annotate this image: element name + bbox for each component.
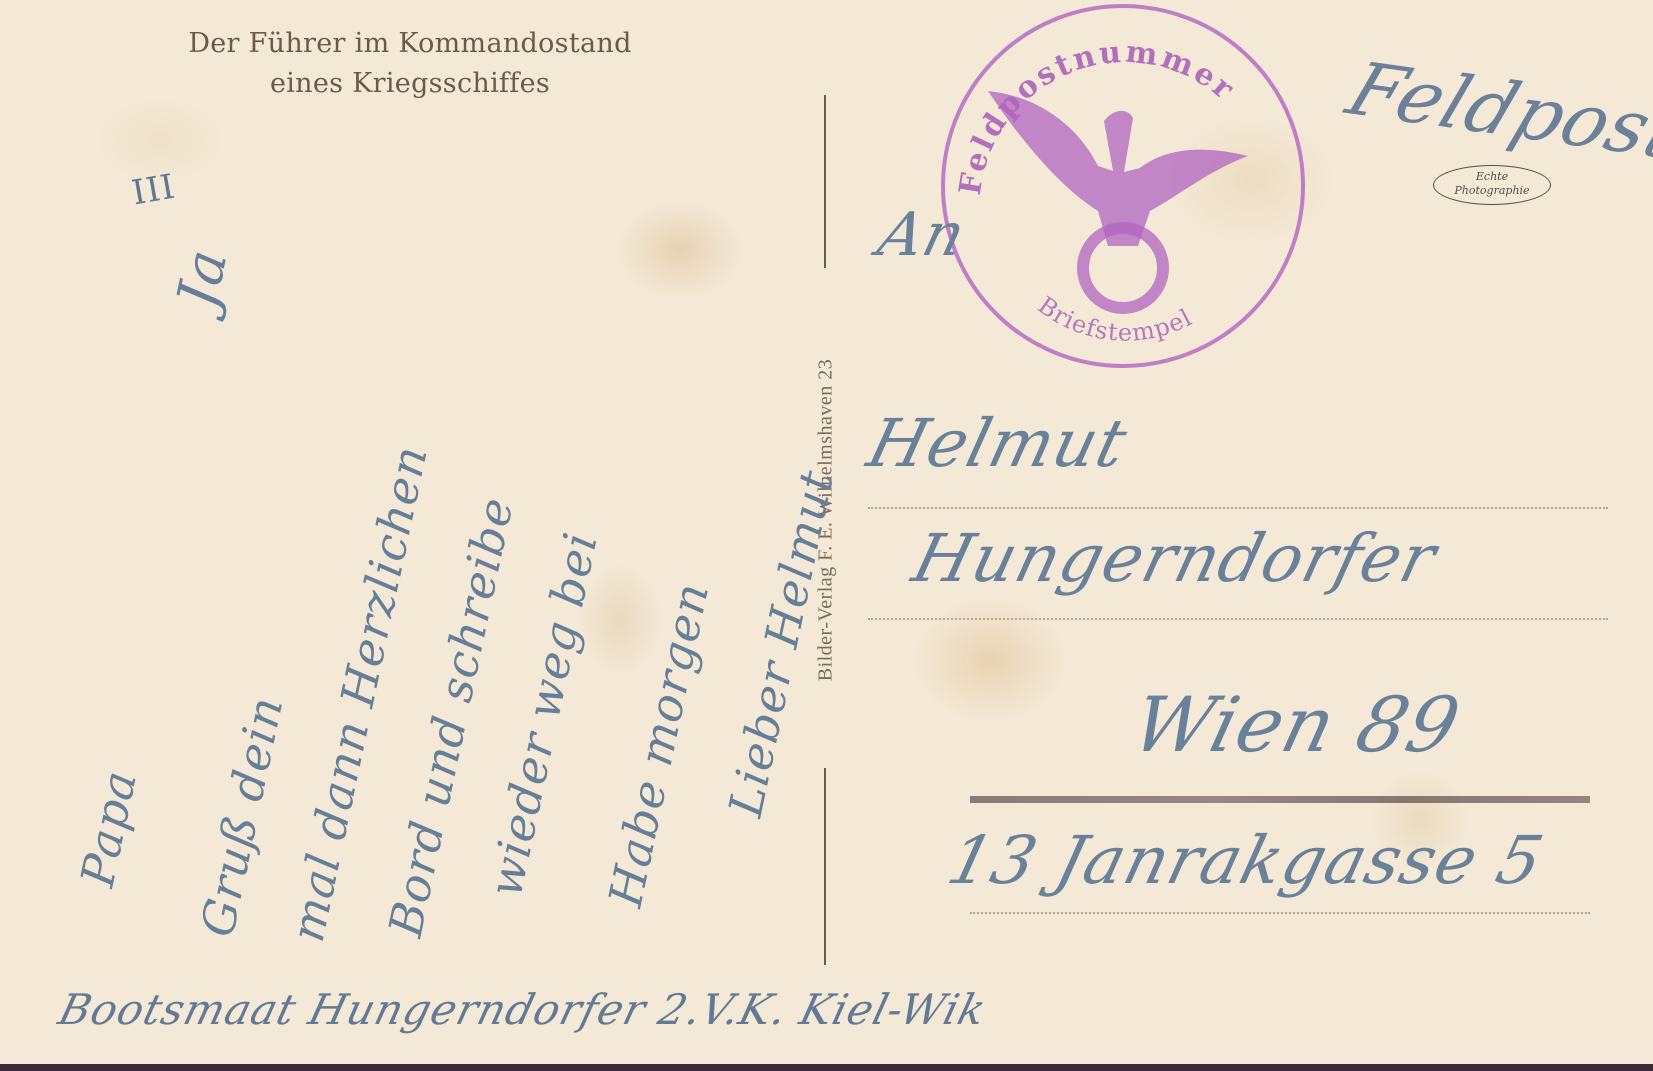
address-rule-4 bbox=[970, 912, 1590, 914]
feldpost-postmark: Feldpostnummer Briefstempel bbox=[928, 0, 1318, 386]
message-line: Gruß dein bbox=[190, 692, 293, 942]
message-line: Habe morgen bbox=[598, 578, 719, 911]
feldpost-note: Feldpost. bbox=[1337, 47, 1653, 179]
address-rule-1 bbox=[868, 507, 1608, 509]
postmark-bottom-text: Briefstempel bbox=[1033, 291, 1197, 347]
caption-line-1: Der Führer im Kommandostand bbox=[110, 24, 710, 64]
caption-line-2: eines Kriegsschiffes bbox=[110, 64, 710, 104]
message-signature: Papa bbox=[70, 765, 147, 891]
margin-note-word: Ja bbox=[165, 243, 241, 313]
address-rule-2 bbox=[868, 618, 1608, 620]
address-first-name: Helmut bbox=[860, 405, 1135, 482]
printed-caption: Der Führer im Kommandostand eines Kriegs… bbox=[110, 24, 710, 104]
margin-note-mark: III bbox=[129, 167, 179, 214]
postcard-back: Der Führer im Kommandostand eines Kriegs… bbox=[0, 0, 1653, 1064]
address-last-name: Hungerndorfer bbox=[905, 520, 1444, 597]
address-city: Wien 89 bbox=[1124, 680, 1469, 769]
address-salutation: An bbox=[871, 200, 972, 270]
sender-line: Bootsmaat Hungerndorfer 2.V.K. Kiel-Wik bbox=[54, 985, 992, 1034]
photo-paper-mark: Echte Photographie bbox=[1433, 165, 1551, 205]
svg-text:Briefstempel: Briefstempel bbox=[1033, 291, 1197, 347]
address-street: 13 Janrakgasse 5 bbox=[940, 822, 1551, 899]
address-rule-city bbox=[970, 796, 1590, 803]
